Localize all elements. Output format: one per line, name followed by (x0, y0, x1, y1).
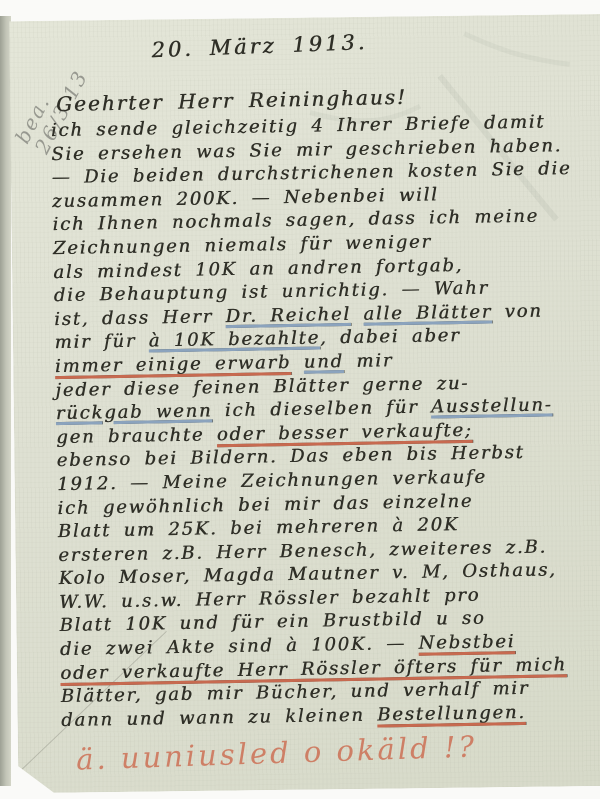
ink-text (291, 352, 304, 373)
underlined-ink-text: rückgab wenn (56, 400, 213, 424)
underlined-ink-text: alle Blätter (363, 301, 492, 324)
ink-text: , dabei aber (320, 325, 461, 348)
photograph-background: bea. 26/3 13 20. März 1913. Geehrter Her… (0, 0, 600, 799)
red-crayon-annotation: ä. uuniusled o okäld !? (76, 729, 478, 776)
underlined-ink-text: oder besser verkaufte; (217, 420, 473, 445)
underlined-ink-text: Bestellungen. (377, 702, 526, 726)
letter-body: ich sende gleichzeitig 4 Ihrer Briefe da… (51, 110, 600, 733)
ink-text (351, 303, 364, 324)
ink-text: mir (344, 350, 394, 372)
page-edge-shadow (0, 16, 11, 786)
underlined-ink-text: Dr. Reichel (225, 304, 351, 327)
underlined-ink-text: immer einige erwarb (55, 352, 292, 377)
underlined-ink-text: und (304, 351, 344, 373)
ink-text: gen brauchte (56, 424, 217, 448)
ink-text: von (492, 300, 543, 322)
underlined-ink-text: Ausstellun- (431, 395, 553, 418)
ink-text: mir für (54, 331, 148, 354)
letter-paper: bea. 26/3 13 20. März 1913. Geehrter Her… (9, 14, 600, 793)
ink-text: dann und wann zu kleinen (61, 704, 377, 731)
ink-text: ich dieselben für (212, 397, 431, 422)
letter-salutation: Geehrter Herr Reininghaus! (56, 85, 407, 116)
underlined-ink-text: à 10K bezahlte (148, 328, 320, 352)
ink-text: ist, dass Herr (54, 306, 226, 330)
letter-date: 20. März 1913. (151, 30, 368, 62)
underlined-ink-text: Nebstbei (418, 631, 515, 654)
